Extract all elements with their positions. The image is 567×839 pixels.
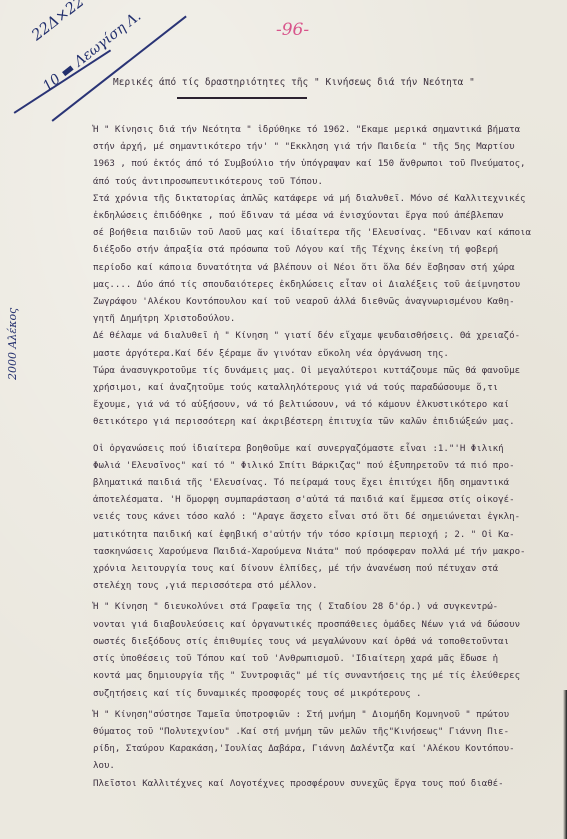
text-line: συζητήσεις καί τίς δυναμικές προσφορές τ… — [93, 686, 543, 703]
text-line: περίοδο καί κάποια δυνατότητα νά βλέπουν… — [93, 260, 543, 277]
scan-edge-shadow — [563, 690, 567, 839]
text-line: Φωλιά 'Ελευσῖνος" καί τό " Φιλικό Σπίτι … — [93, 458, 543, 475]
text-line: χρόνια λειτουργία τους καί δίνουν ἐλπίδε… — [93, 561, 543, 578]
text-line: Ἡ " Κίνηση"σύστησε Ταμεῖα ὑποτροφιῶν : Σ… — [93, 707, 543, 724]
text-line: γητῆ Δημήτρη Χριστοδούλου. — [93, 311, 543, 328]
text-line: μας.... Δύο άπό τίς σπουδαιότερες ἐκδηλώ… — [93, 277, 543, 294]
text-line: θετικότερο γιά περισσότερη καί ἀκριβέστε… — [93, 414, 543, 431]
text-line: νειές τους κάνει τόσο καλό : "Αραγε ἄσχε… — [93, 509, 543, 526]
text-line: σέ βοήθεια παιδιῶν τοῦ Λαοῦ μας καί ἰδια… — [93, 225, 543, 242]
text-line: μαστε ἀργότερα.Καί δέν ξέραμε ἄν γινόταν… — [93, 346, 543, 363]
text-line: Στά χρόνια τῆς δικτατορίας ἁπλῶς κατάφερ… — [93, 191, 543, 208]
text-line: άπό τούς ἀντιπροσωπευτικότερους τοῦ Τόπο… — [93, 174, 543, 191]
text-line: νονται γιά διαβουλεύσεις καί ὀργανωτικές… — [93, 617, 543, 634]
text-line: Τώρα ἀνασυγκροτοῦμε τίς δυνάμεις μας. Οἱ… — [93, 363, 543, 380]
text-line: ματικότητα παιδική καί ἐφηβική σ'αὐτήν τ… — [93, 527, 543, 544]
text-line: στίς ὑποθέσεις τοῦ Τόπου καί τοῦ 'Ανθρωπ… — [93, 651, 543, 668]
text-line: σωστές διεξόδους στίς ἐπιθυμίες τους νά … — [93, 634, 543, 651]
text-line: κοντά μας δημιουργία τῆς " Συντροφιᾶς" μ… — [93, 668, 543, 685]
text-line: ἀποτελέσματα. 'Η ὄμορφη συμπαράσταση σ'α… — [93, 492, 543, 509]
paragraph-gap — [93, 432, 543, 441]
text-line: ἔχουμε, γιά νά τό αὐξήσουν, νά τό βελτιώ… — [93, 397, 543, 414]
text-line: ρίδη, Σταύρου Καρακάση,'Ιουλίας Δαβάρα, … — [93, 741, 543, 758]
document-body: Ἡ " Κίνησις διά τήν Νεότητα " ἱδρύθηκε τ… — [93, 122, 543, 793]
text-line: βληματικά παιδιά τῆς 'Ελευσίνας. Τό πείρ… — [93, 475, 543, 492]
text-line: λου. — [93, 758, 543, 775]
text-line: Δέ θέλαμε νά διαλυθεῖ ἡ " Κίνηση " γιατί… — [93, 328, 543, 345]
text-line: Ἡ " Κίνηση " διευκολύνει στά Γραφεῖα της… — [93, 599, 543, 616]
paragraph: Ἡ " Κίνηση " διευκολύνει στά Γραφεῖα της… — [93, 599, 543, 702]
text-line: ἐκδηλώσεις ἐπιδόθηκε , πού ἔδιναν τά μέσ… — [93, 208, 543, 225]
paragraph: Ἡ " Κίνηση"σύστησε Ταμεῖα ὑποτροφιῶν : Σ… — [93, 707, 543, 793]
text-line: Ἡ " Κίνησις διά τήν Νεότητα " ἱδρύθηκε τ… — [93, 122, 543, 139]
text-line: τασκηνώσεις Χαρούμενα Παιδιά-Χαρούμενα Ν… — [93, 544, 543, 561]
title-underline — [177, 97, 307, 99]
text-line: θύματος τοῦ "Πολυτεχνίου" .Καί στή μνήμη… — [93, 724, 543, 741]
text-line: Πλεῖστοι Καλλιτέχνες καί Λογοτέχνες προσ… — [93, 776, 543, 793]
page-number: -96- — [276, 20, 309, 40]
text-line: Οἱ ὀργανώσεις πού ἰδιαίτερα βοηθοῦμε καί… — [93, 441, 543, 458]
text-line: Ζωγράφου 'Αλέκου Κοντόπουλου καί τοῦ νεα… — [93, 294, 543, 311]
text-line: χρήσιμοι, καί ἀναζητοῦμε τούς καταλληλότ… — [93, 380, 543, 397]
paragraph: Ἡ " Κίνησις διά τήν Νεότητα " ἱδρύθηκε τ… — [93, 122, 543, 432]
text-line: διέξοδο στήν ἀπραξία στά πρόσωπα τοῦ Λόγ… — [93, 242, 543, 259]
document-title: Μερικές άπό τίς δραστηριότητες τῆς " Κιν… — [113, 77, 475, 88]
paragraph: Οἱ ὀργανώσεις πού ἰδιαίτερα βοηθοῦμε καί… — [93, 441, 543, 596]
text-line: στήν ἀρχή, μέ σημαντικότερο τήν' " "Εκκλ… — [93, 139, 543, 156]
text-line: 1963 , πού ἐκτός άπό τό Συμβούλιο τήν ὑπ… — [93, 156, 543, 173]
text-line: στελέχη τους ,γιά περισσότερα στό μέλλον… — [93, 578, 543, 595]
margin-annotation: 2000 Αλέκος — [6, 308, 19, 380]
